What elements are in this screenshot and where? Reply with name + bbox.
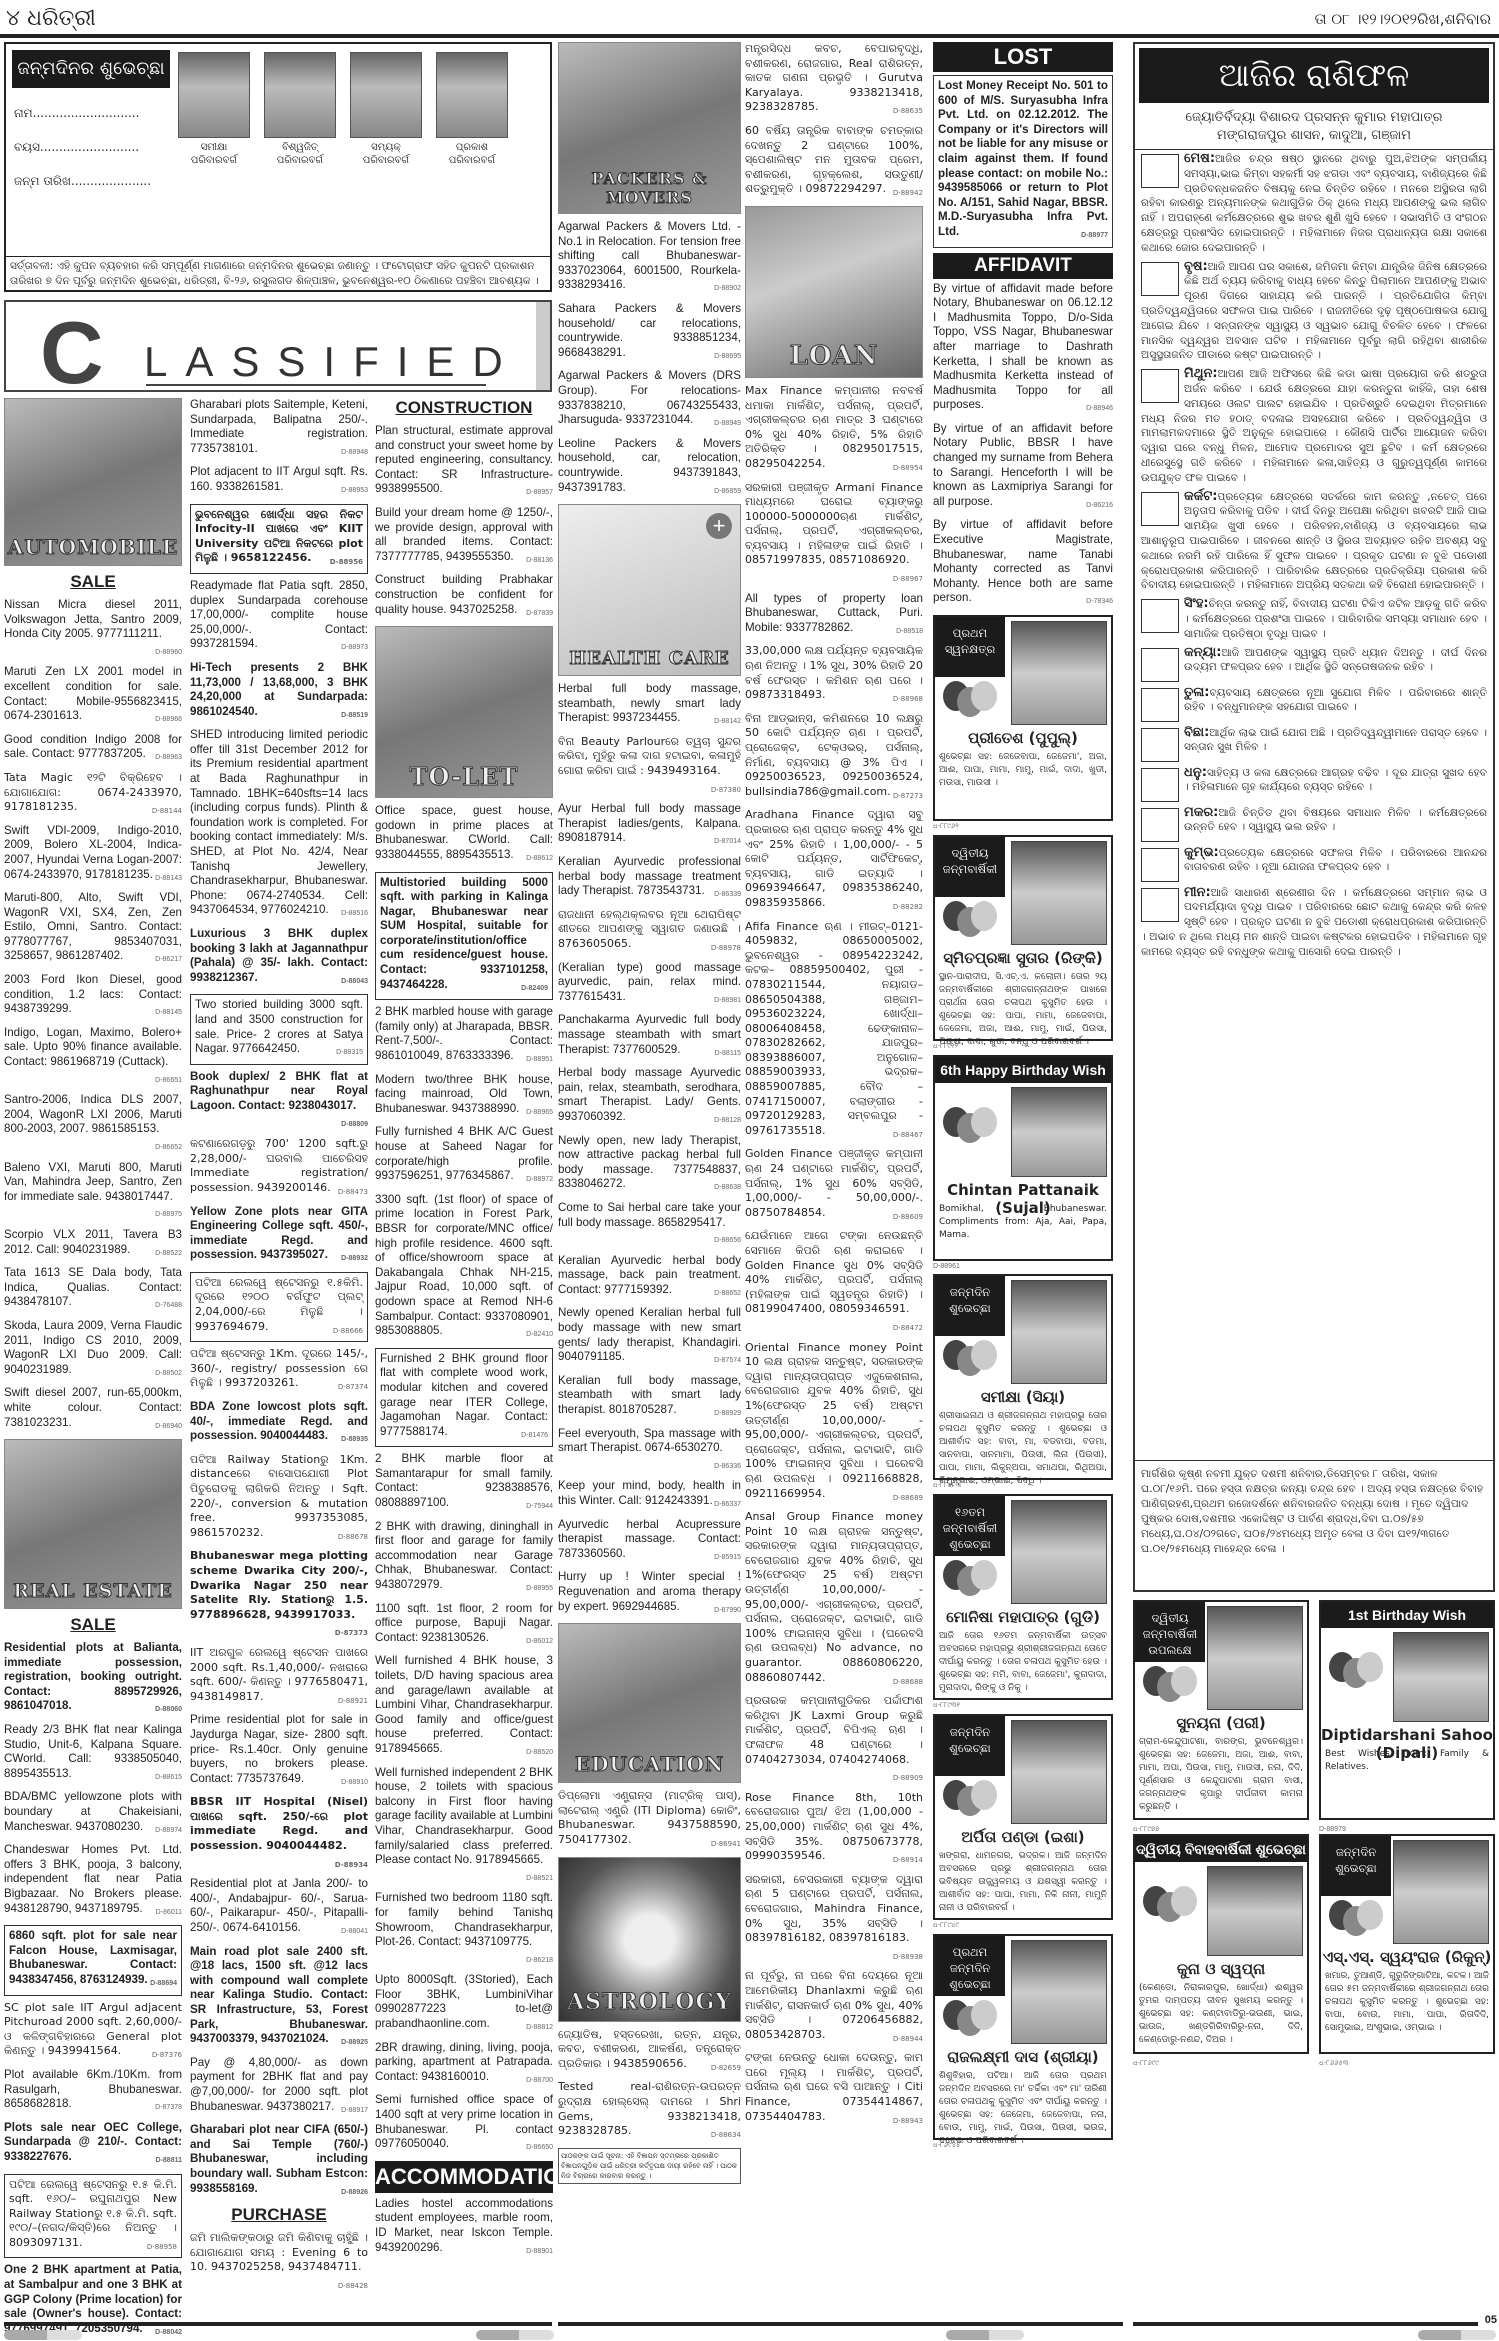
classified-ad: Good condition Indigo 2008 for sale. Con…	[4, 733, 182, 766]
ad-code: D-86337	[714, 1498, 741, 1513]
column-lost-affidavit-wishes: LOST Lost Money Receipt No. 501 to 600 o…	[933, 42, 1113, 2154]
ad-code: D-88043	[341, 975, 368, 990]
classified-ad: Plots sale near OEC College, Sundarpada …	[4, 2121, 182, 2169]
ad-code: D-88467	[893, 1128, 923, 1143]
section-accommodation: ACCOMMODATION	[375, 2161, 553, 2193]
footer-rule-left	[4, 2322, 552, 2326]
zodiac-entry: ତୁଳା:ବ୍ୟବସାୟ କ୍ଷେତ୍ରରେ ନୂଆ ସୁଯୋଗ ମିଳିବ ।…	[1135, 684, 1493, 724]
zodiac-name: ବୃଷ:	[1184, 259, 1208, 274]
ad-code: D-88953	[341, 484, 368, 499]
ad-text: ସରକାରୀ ପଞ୍ଜୀକୃତ Armani Finance ମାଧ୍ୟମରେ …	[745, 481, 923, 567]
wish-photo	[1393, 1632, 1489, 1722]
zodiac-forecast: ବ୍ୟବସାୟ କ୍ଷେତ୍ରରେ ନୂଆ ସୁଯୋଗ ମିଳିବ । ପରିବ…	[1184, 687, 1487, 714]
health-care-image: + HEALTH CARE	[558, 504, 741, 676]
ad-code: D-88615	[155, 1771, 182, 1786]
ad-text: Book duplex/ 2 BHK flat at Raghunathpur …	[190, 1070, 368, 1112]
ad-code: D-88689	[893, 1491, 923, 1506]
ad-code: D-88060	[155, 1703, 182, 1718]
classified-ad: ସରକାରୀ ପଞ୍ଜୀକୃତ Armani Finance ମାଧ୍ୟମରେ …	[745, 481, 923, 587]
classified-ad: Upto 8000Sqft. (3Storied), Each Floor 3B…	[375, 1973, 553, 2035]
classified-ad: Come to Sai herbal care take your full b…	[558, 1201, 741, 1249]
classified-ad: Keep your mind, body, health in this Win…	[558, 1479, 741, 1512]
balloons-icon	[943, 681, 1003, 725]
ad-code: D-87014	[714, 835, 741, 850]
ad-text: Chandeswar Homes Pvt. Ltd. offers 3 BHK,…	[4, 1843, 182, 1914]
wish-name: ପ୍ରୀତେଶ (ପୁପୁଲ୍)	[935, 729, 1111, 747]
ad-code: D-88700	[526, 2074, 553, 2089]
astrologer-byline: ଜ୍ୟୋତିର୍ବିଦ୍ୟା ବିଶାରଦ ପ୍ରସନ୍ନ କୁମାର ମହାପ…	[1135, 107, 1493, 150]
zodiac-name: କର୍କଟ:	[1184, 489, 1217, 504]
classified-ad: By virtue of an affidavit before Notary …	[933, 422, 1113, 514]
zodiac-icon	[1141, 492, 1179, 526]
wish-message: ଖଙ୍ଗରା, ଧାମନଗର, ଭଦ୍ରକ। ଆଜି ଜନ୍ମଦିନ ଅବସରର…	[939, 1850, 1107, 1915]
birthday-coupon: ଜନ୍ମଦିନର ଶୁଭେଚ୍ଛା ନାମ...................…	[4, 42, 552, 292]
lost-header: LOST	[933, 42, 1113, 72]
birthday-wish-card: ଜନ୍ମଦିନ ଶୁଭେଚ୍ଛାସମୀକ୍ଷା (ସିୟା)ଶ୍ରୀସାଇନାଥ…	[933, 1274, 1113, 1480]
ad-code: D-88968	[893, 692, 923, 707]
ad-text: ସରକାରୀ, ବେସରକାରୀ ବ୍ୟାଙ୍କ ଦ୍ୱାରା ଋଣ 5 ଘଣ୍…	[745, 1873, 923, 1944]
section-sale: SALE	[4, 572, 182, 592]
wish-message: Bomikhal, Bhubaneswar. Compliments from:…	[939, 1203, 1107, 1242]
wish-code: ଧ-୮୬୬୫୩	[1319, 2060, 1495, 2068]
classified-ad: Construct building Prabhakar constructio…	[375, 573, 553, 621]
ad-code: D-88958	[147, 2240, 177, 2255]
ad-text: Come to Sai herbal care take your full b…	[558, 1201, 741, 1229]
ad-code: D-82409	[521, 982, 548, 997]
classified-ad: Plot available 6Km./10Km. from Rasulgarh…	[4, 2068, 182, 2116]
ad-code: D-88678	[338, 1530, 368, 1545]
zodiac-name: ବିଛା:	[1184, 725, 1209, 740]
ad-code: D-86011	[156, 1906, 182, 1921]
ad-code: D-88428	[338, 2279, 368, 2294]
astrology-image: ASTROLOGY	[558, 1857, 741, 2022]
age-field[interactable]: ବୟସ..........................	[14, 140, 139, 155]
wish-code: ଧ-୮୮୯୩୧	[933, 1702, 1113, 1710]
ad-code: D-86217	[155, 953, 182, 968]
banner-word: LASSIFIED	[144, 338, 521, 386]
classified-ad: Rose Finance 8th, 10th ବେରୋଜଗାର ପୁଅ/ ଝିଅ…	[745, 1791, 923, 1868]
ad-code: D-88932	[341, 1252, 368, 1267]
zodiac-name: ମିଥୁନ:	[1184, 366, 1218, 381]
wish-name: ମୋନିଷା ମହାପାତ୍ର (ଗୁଡି)	[935, 1608, 1111, 1626]
balloons-icon	[1143, 1666, 1203, 1710]
zodiac-name: ଧନୁ:	[1184, 765, 1207, 780]
zodiac-entry: ମକର:ଆଜି ଚିନ୍ତିତ ଥିବା ବିଷୟରେ ସମାଧାନ ମିଳିବ…	[1135, 804, 1493, 844]
wish-photo	[1011, 1500, 1107, 1604]
classified-ad: 1100 sqft. 1st floor, 2 room for office …	[375, 1602, 553, 1650]
horoscope-title: ଆଜିର ରାଶିଫଳ	[1139, 48, 1489, 103]
ad-code: D-88612	[526, 852, 553, 867]
zodiac-icon	[1141, 848, 1179, 882]
ad-code: D-88967	[893, 572, 923, 587]
wish-code: D-88979	[1319, 1826, 1495, 1833]
ad-code: D-88914	[893, 1853, 923, 1868]
zodiac-name: କୁମ୍ଭ:	[1184, 845, 1219, 860]
ad-code: D-88942	[893, 186, 923, 201]
classified-ad: Tata 1613 SE Dala body, Tata Indica, Qua…	[4, 1266, 182, 1314]
photo-caption-1: ସମୀକ୍ଷାପରିବାରବର୍ଗ	[169, 141, 259, 167]
column-finance: ମନ୍ତ୍ରସିଦ୍ଧ କବଚ, ବେପାରବୃଦ୍ଧି, ବଶୀକରଣ, ରୋ…	[745, 42, 923, 2133]
ad-code: D-78346	[1086, 595, 1113, 610]
zodiac-icon	[1141, 768, 1179, 802]
birthday-wish-card: ପ୍ରଥମ ଜନ୍ମଦିନ ଶୁଭେଚ୍ଛାରାଜଲକ୍ଷ୍ମୀ ଦାସ (ଶ୍…	[933, 1934, 1113, 2140]
column-automobile-realestate: AUTOMOBILE SALE Nissan Micra diesel 2011…	[4, 398, 182, 2341]
wish-name: ଏସ୍.ଏସ୍. ସ୍ୱୟଂରାଜ (ରିକୁନ୍)	[1321, 1948, 1493, 1966]
ad-code: D-87373	[335, 1626, 368, 1641]
birthday-wish-card: 1st Birthday WishDiptidarshani Sahoo (Di…	[1319, 1600, 1495, 1820]
wish-message: ଆଜି ତୋର ୧୬ତମ ଜନ୍ମବାର୍ଷିକୀ ଉତ୍ସବ ଅବସରରେ ମ…	[939, 1630, 1107, 1695]
ad-code: D-87273	[893, 789, 923, 804]
zodiac-entry: ସିଂହ:ଚିନ୍ତା କରନ୍ତୁ ନାହିଁ, ବିବାଦୀୟ ଘଟଣା ଟ…	[1135, 595, 1493, 643]
wish-tag: 6th Happy Birthday Wish	[935, 1057, 1111, 1083]
loan-image: LOAN	[745, 206, 923, 378]
issue-date: ତା ୦୮ ।୧୨।୨୦୧୨ରିଖ,ଶନିବାର	[1315, 10, 1491, 28]
zodiac-signs: ମେଷ:ଆଜିର ଚନ୍ଦ୍ର ଷଷ୍ଠ ସ୍ଥାନରେ ଥିବାରୁ ପୁଅ,…	[1135, 150, 1493, 961]
zodiac-forecast: ଆଜିର ଚନ୍ଦ୍ର ଷଷ୍ଠ ସ୍ଥାନରେ ଥିବାରୁ ପୁଅ,ଝିଅଙ…	[1141, 153, 1487, 254]
zodiac-forecast: ଆଜି ଆପଣଙ୍କ ସ୍ୱାସ୍ଥ୍ୟ ପ୍ରତି ଧ୍ୟାନ ଦିଅନ୍ତୁ…	[1184, 647, 1487, 674]
ad-code: D-86216	[1086, 499, 1113, 514]
ad-text: Nissan Micra diesel 2011, Volkswagon Jet…	[4, 598, 182, 640]
ad-code: D-88944	[893, 2032, 923, 2047]
classified-ad: 2 BHK marbled house with garage (family …	[375, 1005, 553, 1067]
classified-ad: Keralian full body massage, steambath wi…	[558, 1374, 741, 1422]
classified-ad: Oriental Finance money Point 10 ଲକ୍ଷ ଗ୍ର…	[745, 1341, 923, 1506]
zodiac-entry: କୁମ୍ଭ:ପ୍ରତ୍ୟେକ କ୍ଷେତ୍ରରେ ସଫଳତା ମିଳିବ । ପ…	[1135, 844, 1493, 884]
classified-ad: କଟଣାରେଗଡ଼ରୁ 700' 1200 sqft.ରୁ 2,28,000/-…	[190, 1137, 368, 1199]
ad-code: D-88812	[526, 2021, 553, 2036]
ad-code: D-88695	[714, 350, 741, 365]
classified-ad: 60 ବର୍ଷିୟ ତାନ୍ତ୍ରିକ ବାବାଙ୍କ ଚମତ୍କାର ଦେଖନ…	[745, 124, 923, 201]
wish-tag: ଦ୍ୱିତୀୟ ଜନ୍ମବାର୍ଷିକୀ ଉପଲକ୍ଷେ	[1135, 1602, 1205, 1662]
classified-ad: One 2 BHK apartment at Patia, at Sambalp…	[4, 2263, 182, 2340]
ad-code: D-88949	[714, 417, 741, 432]
classified-ad: ପଟିଆ ଷ୍ଟେସନ୍‌ରୁ 1Km. ଦୂରରେ 145/-, 360/-,…	[190, 1347, 368, 1395]
zodiac-icon	[1141, 808, 1179, 842]
ad-text: Santro-2006, Indica DLS 2007, 2004, Wago…	[4, 1093, 182, 1135]
zodiac-forecast: ପ୍ରତ୍ୟେକ କ୍ଷେତ୍ରରେ ସତର୍କରେ କାମ କରନ୍ତୁ ,ନ…	[1141, 491, 1487, 592]
wish-tag: 1st Birthday Wish	[1321, 1602, 1493, 1628]
classified-ad: Ready 2/3 BHK flat near Kalinga Studio, …	[4, 1723, 182, 1785]
wish-code: ଧ-୮୮୯୪୯	[933, 1922, 1113, 1930]
classified-ad: Afifa Finance ଋଣ । ମୀରଟ୍–0121-4059832, 0…	[745, 920, 923, 1143]
ad-text: Baleno VXI, Maruti 800, Maruti Van, Mahi…	[4, 1161, 182, 1203]
ad-text: Panchakarma Ayurvedic full body massage …	[558, 1013, 741, 1055]
photo-caption-2: ବିଶ୍ୱଜିତ୍ପରିବାରବର୍ଗ	[255, 141, 345, 167]
classified-ad: Maruti Zen LX 2001 model in excellent co…	[4, 665, 182, 727]
column-services: PACKERS & MOVERS Agarwal Packers & Mover…	[558, 42, 741, 2184]
ad-code: D-88652	[714, 1287, 741, 1302]
ad-text: Residential plots at Balianta, immediate…	[4, 1641, 182, 1712]
classified-ad: 33,00,000 ଲକ୍ଷ ପର୍ଯ୍ୟନ୍ତ ବ୍ୟବସାୟିକ ଋଣ ନି…	[745, 644, 923, 706]
classified-ad: Sahara Packers & Movers household/ car r…	[558, 302, 741, 364]
zodiac-entry: ମେଷ:ଆଜିର ଚନ୍ଦ୍ର ଷଷ୍ଠ ସ୍ଥାନରେ ଥିବାରୁ ପୁଅ,…	[1135, 150, 1493, 258]
ad-code: D-88954	[893, 461, 923, 476]
balloons-icon	[943, 1780, 1003, 1824]
ad-code: D-88963	[155, 751, 182, 766]
ad-text: 3300 sqft. (1st floor) of space of prime…	[375, 1193, 553, 1337]
classified-ad: Feel everyouth, Spa massage with smart T…	[558, 1427, 741, 1475]
balloons-icon	[943, 1560, 1003, 1604]
banner-underline	[146, 384, 486, 386]
classified-ad: Leoline Packers & Movers household, car,…	[558, 437, 741, 499]
ad-code: D-88951	[526, 1053, 553, 1068]
section-construction: CONSTRUCTION	[375, 398, 553, 418]
ad-code: D-88635	[893, 104, 923, 119]
classified-ad: ଜ୍ୟୋତିଷ, ହସ୍ତରେଖା, ରତ୍ନ, ଯନ୍ତ୍ର, କବଚ, ବଶ…	[558, 2028, 741, 2076]
ad-code: D-86012	[526, 1635, 553, 1650]
ad-code: D-88519	[341, 709, 368, 724]
photo-sample-2	[264, 52, 336, 138]
ad-code: D-87839	[526, 607, 553, 622]
ad-text: Readymade flat Patia sqft. 2850, duplex …	[190, 579, 368, 650]
classified-ad: ରାଜଧାନୀ ହେଲ୍ଥକ୍ଲବର ନୂଆ ଥେରାପିଷ୍ଟ ଶୀତରେ ଆ…	[558, 908, 741, 956]
ad-text: Gharabari plot near CIFA (650/-) and Sai…	[190, 2123, 368, 2194]
affidavit-header: AFFIDAVIT	[933, 253, 1113, 279]
classified-ad: Keralian Ayurvedic herbal body massage, …	[558, 1254, 741, 1302]
ad-code: D-75944	[526, 1500, 553, 1515]
ad-code: D-88925	[341, 2036, 368, 2051]
ad-code: D-88972	[526, 1173, 553, 1188]
classified-ad: Residential plot at Janla 200/- to 400/-…	[190, 1877, 368, 1939]
ad-code: D-87574	[714, 1354, 741, 1369]
ad-code: D-88909	[893, 1771, 923, 1786]
classified-ad: Yellow Zone plots near GITA Engineering …	[190, 1205, 368, 1267]
classified-ad: Fully furnished 4 BHK A/C Guest house at…	[375, 1125, 553, 1187]
ad-text: ପଟିଆ ରେଲୱେ ଷ୍ଟେସନରୁ ୧.୫ କି.ମି. sqft. ୧୬୦…	[9, 2178, 177, 2249]
classified-ad: Two storied building 3000 sqft. land and…	[190, 994, 368, 1064]
column-wishes-right: ଦ୍ୱିତୀୟ ଜନ୍ମବାର୍ଷିକୀ ଉପଲକ୍ଷେସୁନୟନା (ପରୀ)…	[1133, 1600, 1495, 2068]
classified-ad: Luxurious 3 BHK duplex booking 3 lakh at…	[190, 927, 368, 989]
classified-ad: ଭୁବନେଶ୍ୱର ଖୋର୍ଦ୍ଧା ସହର ନିକଟ Infocity-II …	[190, 504, 368, 574]
ad-text: Prime residential plot for sale in Jaydu…	[190, 1713, 368, 1784]
classified-ad: Bhubaneswar mega plotting scheme Dwarika…	[190, 1549, 368, 1641]
wish-message: ଗ୍ରାମ-କେନ୍ଦୁପାଟଣା, ବାରଙ୍ଗ, ଭୁବନେଶ୍ୱର। ଶୁ…	[1139, 1736, 1303, 1814]
horoscope-panel: ଆଜିର ରାଶିଫଳ ଜ୍ୟୋତିର୍ବିଦ୍ୟା ବିଶାରଦ ପ୍ରସନ୍…	[1133, 42, 1495, 1592]
wish-photo	[1207, 1866, 1303, 1956]
ad-code: D-88688	[893, 1675, 923, 1690]
classified-ad: Aradhana Finance ଦ୍ୱାରା ସବୁ ପ୍ରକାରର ଋଣ ପ…	[745, 808, 923, 914]
zodiac-icon	[1141, 888, 1179, 922]
classified-ad: Newly open, new lady Therapist, now attr…	[558, 1134, 741, 1196]
banner-edge	[536, 302, 550, 390]
zodiac-forecast: ସାହିତ୍ୟ ଓ କଳା କ୍ଷେତ୍ରରେ ଆଗ୍ରହ ବଢିବ । ଦୂର…	[1184, 767, 1487, 794]
register-mark-2	[476, 2330, 554, 2340]
ad-text: Max Finance କମ୍ପାନୀର ନବବର୍ଷ ଧମାକା ମାର୍କଶ…	[745, 384, 923, 470]
ad-code: D-88128	[714, 1114, 741, 1129]
classified-ad: Gharabari plots Saitemple, Keteni, Sunda…	[190, 398, 368, 460]
classified-ad: Golden Finance ପଞ୍ଜୀକୃତ କମ୍ପାନୀ ଋଣ 24 ଘଣ…	[745, 1147, 923, 1224]
wish-code: ଧ-୮୮୯୬୨	[933, 823, 1113, 831]
classified-ad: Agarwal Packers & Movers (DRS Group). Fo…	[558, 369, 741, 431]
ad-code: D-87374	[338, 1380, 368, 1395]
classified-ad: Hi-Tech presents 2 BHK 11,73,000 / 13,68…	[190, 661, 368, 723]
classified-ad: Tata Magic ୧୨ଟି ବିକ୍ରିହେବ । ଯୋଗାଯୋଗ: 067…	[4, 771, 182, 819]
wish-tag: ଦ୍ୱିତୀୟ ଜନ୍ମବାର୍ଷିକୀ	[935, 837, 1005, 897]
ad-text: ଜମି ମାଲିକଙ୍କଠାରୁ ଜମି କିଣିବାକୁ ଚାହୁଁଛି । …	[190, 2231, 368, 2273]
column-property: Gharabari plots Saitemple, Keteni, Sunda…	[190, 398, 368, 2299]
ad-code: D-88638	[714, 1181, 741, 1196]
ad-text: By virtue of affidavit before Executive …	[933, 518, 1113, 604]
ad-text: Furnished 2 BHK ground floor flat with c…	[380, 1352, 548, 1438]
classified-ad: Well furnished 4 BHK house, 3 toilets, D…	[375, 1654, 553, 1760]
ad-text: ପଟିଆ Railway Stationରୁ 1Km. distanceରେ ବ…	[190, 1453, 368, 1539]
dob-field[interactable]: ଜନ୍ମ ତାରିଖ.....................	[14, 174, 151, 189]
classified-ad: Book duplex/ 2 BHK flat at Raghunathpur …	[190, 1070, 368, 1132]
classified-ad: Indigo, Logan, Maximo, Bolero+ sale. Upt…	[4, 1026, 182, 1088]
ad-code: D-87376	[152, 2048, 182, 2063]
classified-ad: Santro-2006, Indica DLS 2007, 2004, Wago…	[4, 1093, 182, 1155]
ad-text: ବିନା ଆଡ୍‌ଭାନ୍ସ, କମିଶନରେ 10 ଲକ୍ଷରୁ 50 କୋଟ…	[745, 712, 923, 798]
zodiac-name: ମକର:	[1184, 805, 1218, 820]
page-label: ୪ ଧରିତ୍ରୀ	[6, 6, 96, 31]
birthday-wish-card: ଦ୍ୱିତୀୟ ବିବାହବାର୍ଷିକୀ ଶୁଭେଚ୍ଛାକୁନା ଓ ସ୍ୱ…	[1133, 1834, 1309, 2054]
zodiac-icon	[1141, 648, 1179, 682]
ad-code: D-88943	[893, 2114, 923, 2129]
name-field[interactable]: ନାମ............................	[14, 106, 139, 121]
zodiac-entry: ବିଛା:ଆର୍ଥିକ ଲାଭ ପାଇଁ ଯୋଗ ଅଛି । ପ୍ରତିଦ୍ୱନ…	[1135, 724, 1493, 764]
ad-text: ମନ୍ତ୍ରସିଦ୍ଧ କବଚ, ବେପାରବୃଦ୍ଧି, ବଶୀକରଣ, ରୋ…	[745, 42, 923, 113]
classified-ad: Herbal body massage Ayurvedic pain, rela…	[558, 1066, 741, 1128]
ad-code: D-88144	[152, 804, 182, 819]
birthday-wish-card: ଦ୍ୱିତୀୟ ଜନ୍ମବାର୍ଷିକୀସ୍ମିତପ୍ରଜ୍ଞା ସୁତାର (…	[933, 835, 1113, 1041]
wish-photo	[1011, 1087, 1107, 1177]
wish-tag: ଦ୍ୱିତୀୟ ବିବାହବାର୍ଷିକୀ ଶୁଭେଚ୍ଛା	[1135, 1836, 1307, 1862]
classified-ad: Ladies hostel accommodations student emp…	[375, 2197, 553, 2259]
coupon-title: ଜନ୍ମଦିନର ଶୁଭେଚ୍ଛା	[12, 50, 170, 88]
wish-name: ସମୀକ୍ଷା (ସିୟା)	[935, 1388, 1111, 1406]
classified-ad: IIT ଅରଗୁଳ ରେଲୱେ ଷ୍ଟେସନ ପାଖରେ 2000 sqft. …	[190, 1646, 368, 1708]
classified-ad: Tested real-ରାଶିରତ୍ନ-ଉପରତ୍ନ ରୁଦ୍ରାକ୍ଷ ହୋ…	[558, 2080, 741, 2142]
classified-ad: Chandeswar Homes Pvt. Ltd. offers 3 BHK,…	[4, 1843, 182, 1920]
ad-code: D-88948	[341, 446, 368, 461]
ad-code: D-82659	[711, 2061, 741, 2076]
masthead-rule	[0, 34, 1499, 38]
classified-ad: Modern two/three BHK house, facing mainr…	[375, 1073, 553, 1121]
birthday-wish-card: ଜନ୍ମଦିନ ଶୁଭେଚ୍ଛାଅର୍ପିତା ପଣ୍ଡା (ଇଶା)ଖଙ୍ଗର…	[933, 1714, 1113, 1920]
zodiac-entry: ମୀନ:ଆଜି ସାଧାରଣ ଶ୍ରେଣୀର ଦିନ । କର୍ମକ୍ଷେତ୍ର…	[1135, 884, 1493, 962]
classified-ad: Furnished two bedroom 1180 sqft. for fam…	[375, 1891, 553, 1968]
zodiac-name: ମେଷ:	[1184, 151, 1215, 166]
classified-ad: Newly opened Keralian herbal full body m…	[558, 1306, 741, 1368]
ad-code: D-88934	[335, 1858, 368, 1873]
ad-code: D-88041	[341, 1925, 368, 1940]
ad-code: D-86339	[714, 888, 741, 903]
classified-banner: C LASSIFIED	[4, 300, 552, 392]
birthday-wish-card: ୧୬ତମ ଜନ୍ମବାର୍ଷିକୀ ଶୁଭେଚ୍ଛାମୋନିଷା ମହାପାତ୍…	[933, 1494, 1113, 1700]
ad-code: D-88938	[893, 1950, 923, 1965]
zodiac-icon	[1141, 262, 1179, 296]
ad-code: D-88656	[714, 1234, 741, 1249]
classified-ad: 6860 sqft. plot for sale near Falcon Hou…	[4, 1925, 182, 1995]
balloons-icon	[1329, 1900, 1389, 1944]
ad-text: Feel everyouth, Spa massage with smart T…	[558, 1427, 741, 1455]
classified-ad: Max Finance କମ୍ପାନୀର ନବବର୍ଷ ଧମାକା ମାର୍କଶ…	[745, 384, 923, 476]
ad-text: Aradhana Finance ଦ୍ୱାରା ସବୁ ପ୍ରକାରର ଋଣ ପ…	[745, 808, 923, 909]
ad-text: Afifa Finance ଋଣ । ମୀରଟ୍–0121-4059832, 0…	[745, 920, 923, 1137]
wish-tag: ଜନ୍ମଦିନ ଶୁଭେଚ୍ଛା	[935, 1716, 1005, 1776]
ad-code: D-88975	[155, 1208, 182, 1223]
classified-ad: ବିନା ଆଡ୍‌ଭାନ୍ସ, କମିଶନରେ 10 ଲକ୍ଷରୁ 50 କୋଟ…	[745, 712, 923, 804]
wish-tag: ଜନ୍ମଦିନ ଶୁଭେଚ୍ଛା	[935, 1276, 1005, 1336]
photo-sample-3	[350, 52, 422, 138]
ad-code: D-88145	[155, 1006, 182, 1021]
education-image: EDUCATION	[558, 1623, 741, 1783]
ad-text: ନା ପୂର୍ବରୁ, ନା ପରେ ବିନା ଦେୟରେ ନୂଆ ଆମେରିକ…	[745, 1969, 923, 2040]
zodiac-entry: ମିଥୁନ:ଆପଣ ଆଜି ଅଫିସରେ କିଛି କଡା ଭାଷା ପ୍ରୟୋ…	[1135, 365, 1493, 487]
ad-code: D-88929	[714, 1407, 741, 1422]
classified-ad: Multistoried building 5000 sqft. with pa…	[375, 872, 553, 1001]
packers-movers-image: PACKERS & MOVERS	[558, 42, 741, 214]
classified-ad: ପଟିଆ ରେଲୱେ ଷ୍ଟେସନରୁ ୧.୫ କି.ମି. sqft. ୧୬୦…	[4, 2174, 182, 2259]
wish-photo	[1393, 1840, 1489, 1944]
ad-code: D-87990	[714, 1604, 741, 1619]
classified-ad: Plot adjacent to IIT Argul sqft. Rs. 160…	[190, 465, 368, 498]
ad-text: Main road plot sale 2400 sft. @18 lacs, …	[190, 1945, 368, 2046]
ad-text: 2 BHK with drawing, dininghall in first …	[375, 1520, 553, 1591]
birthday-wish-card: ପ୍ରଥମ ସ୍ୱନକ୍ଷତ୍ରପ୍ରୀତେଶ (ପୁପୁଲ୍)ଶୁଭେଚ୍ଛା…	[933, 615, 1113, 821]
birthday-wish-card: ଦ୍ୱିତୀୟ ଜନ୍ମବାର୍ଷିକୀ ଉପଲକ୍ଷେସୁନୟନା (ପରୀ)…	[1133, 1600, 1309, 1820]
classified-ad: BDA/BMC yellowzone plots with boundary a…	[4, 1790, 182, 1838]
photo-sample-4	[436, 52, 508, 138]
wish-photo	[1011, 1280, 1107, 1384]
wish-name: ଅର୍ପିତା ପଣ୍ଡା (ଇଶା)	[935, 1828, 1111, 1846]
classified-ad: Maruti-800, Alto, Swift VDI, WagonR VXI,…	[4, 891, 182, 968]
classified-ad: Baleno VXI, Maruti 800, Maruti Van, Mahi…	[4, 1161, 182, 1223]
zodiac-entry: ବୃଷ:ଆଜି ଆପଣ ଘର ସକାଶେ, ଜମିଜମା କିମ୍ବା ଯାନ୍…	[1135, 258, 1493, 366]
register-mark-3	[946, 2330, 1024, 2340]
wish-code: D-88961	[933, 1263, 1113, 1270]
wish-photo	[1207, 1606, 1303, 1710]
balloons-icon	[943, 1107, 1003, 1151]
ad-code: D-88502	[155, 1367, 182, 1382]
classified-ad: BBSR IIT Hospital (Nisel) ପାଖରେ sqft. 25…	[190, 1795, 368, 1872]
footer-rule-right	[1133, 2322, 1478, 2326]
classified-ad: (Keralian type) good massage ayurvedic, …	[558, 961, 741, 1009]
ad-text: 60 ବର୍ଷିୟ ତାନ୍ତ୍ରିକ ବାବାଙ୍କ ଚମତ୍କାର ଦେଖନ…	[745, 124, 923, 195]
ad-code: D-88522	[155, 1247, 182, 1262]
wish-name: ସୁନୟନା (ପରୀ)	[1135, 1714, 1307, 1732]
ad-text: Well furnished 4 BHK house, 3 toilets, D…	[375, 1654, 553, 1755]
wish-message: ଖମାର, ତୁଆଣ୍ଡି, ଗୁରୁଜିଙ୍ଗାଟିଆ, କଟକ। ଆଜି ତ…	[1325, 1970, 1489, 2035]
ad-code: D-88136	[526, 554, 553, 569]
automobile-image: AUTOMOBILE	[4, 398, 182, 566]
zodiac-name: ମୀନ:	[1184, 885, 1211, 900]
ad-code: D-88946	[1086, 402, 1113, 417]
ad-code: D-88042	[155, 2326, 182, 2341]
classified-ad: ନା ପୂର୍ବରୁ, ନା ପରେ ବିନା ଦେୟରେ ନୂଆ ଆମେରିକ…	[745, 1969, 923, 2046]
ad-code: D-88935	[341, 1433, 368, 1448]
ad-code: D-88910	[341, 1776, 368, 1791]
classified-ad: Semi furnished office space of 1400 sqft…	[375, 2093, 553, 2155]
classified-ad: Panchakarma Ayurvedic full body massage …	[558, 1013, 741, 1061]
classified-ad: ଜମି ମାଲିକଙ୍କଠାରୁ ଜମି କିଣିବାକୁ ଚାହୁଁଛି । …	[190, 2231, 368, 2293]
ad-code: D-88521	[526, 1872, 553, 1887]
classified-ad: By virtue of affidavit before Executive …	[933, 518, 1113, 610]
classified-ad: Build your dream home @ 1250/-, we provi…	[375, 506, 553, 568]
classified-ad: ଡିପ୍ଲୋମା ଏଣ୍ଟ୍ରାନ୍ସ (ମାଟ୍ରିକ୍ ପାସ୍), ଲାଟ…	[558, 1789, 741, 1851]
ad-text: By virtue of affidavit made before Notar…	[933, 282, 1113, 412]
ad-code: D-88809	[341, 1118, 368, 1133]
classified-ad: Residential plots at Balianta, immediate…	[4, 1641, 182, 1718]
classified-ad: Keralian Ayurvedic professional herbal b…	[558, 855, 741, 903]
ad-code: D-88956	[330, 555, 363, 570]
classified-ad: Nissan Micra diesel 2011, Volkswagon Jet…	[4, 598, 182, 660]
lost-notice: Lost Money Receipt No. 501 to 600 of M/S…	[933, 75, 1113, 248]
classified-ad: 2BR drawing, dining, living, pooja, park…	[375, 2041, 553, 2089]
ad-text: ଯେଉଁମାନେ ଆଗେ ଟଙ୍କା ନେଉଛନ୍ତି ସେମାନେ କିପରି…	[745, 1229, 923, 1315]
ad-code: D-85915	[714, 1551, 741, 1566]
ad-text: Rose Finance 8th, 10th ବେରୋଜଗାର ପୁଅ/ ଝିଅ…	[745, 1791, 923, 1862]
